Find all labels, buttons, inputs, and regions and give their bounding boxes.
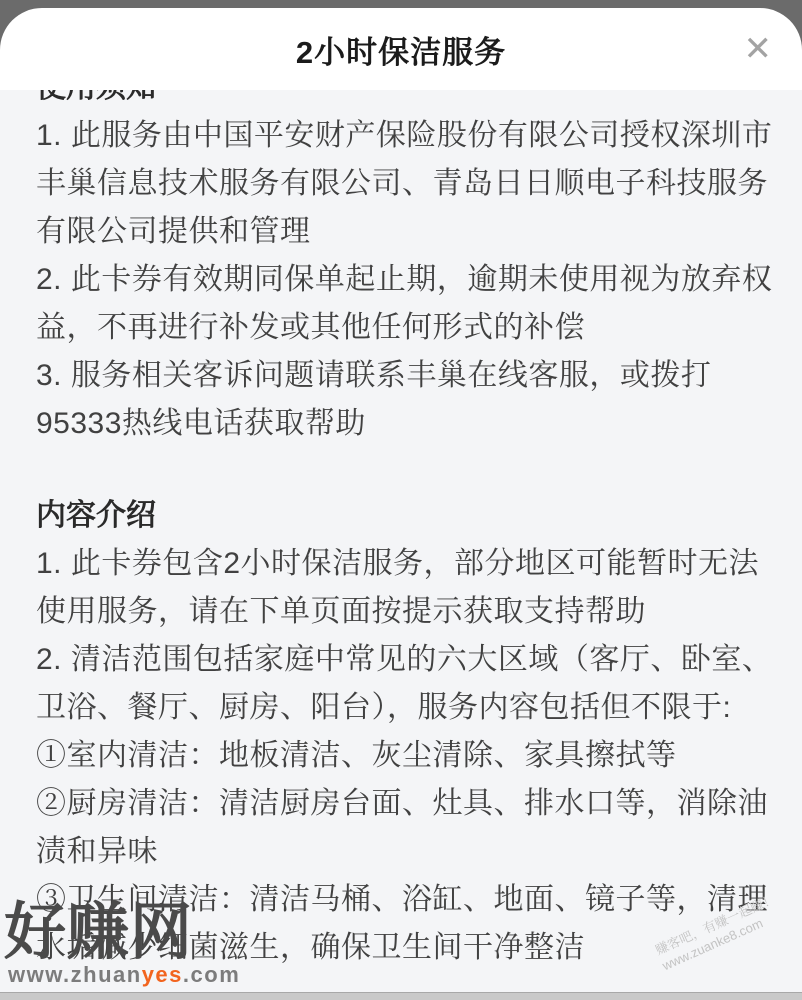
section-content-intro: 内容介绍 1. 此卡券包含2小时保洁服务，部分地区可能暂时无法 使用服务，请在下… bbox=[36, 492, 766, 972]
body-line: 渍和异味 bbox=[36, 828, 766, 876]
body-line: ②厨房清洁：清洁厨房台面、灶具、排水口等，消除油 bbox=[36, 780, 766, 828]
body-line: 1. 此服务由中国平安财产保险股份有限公司授权深圳市 bbox=[36, 112, 766, 160]
body-line: 使用服务，请在下单页面按提示获取支持帮助 bbox=[36, 588, 766, 636]
body-line: 95333热线电话获取帮助 bbox=[36, 400, 766, 448]
scrollable-content[interactable]: 使用须知 1. 此服务由中国平安财产保险股份有限公司授权深圳市 丰巢信息技术服务… bbox=[0, 90, 802, 1000]
body-line: 卫浴、餐厅、厨房、阳台），服务内容包括但不限于: bbox=[36, 684, 766, 732]
body-line: 丰巢信息技术服务有限公司、青岛日日顺电子科技服务 bbox=[36, 160, 766, 208]
coupon-detail-screen: { "sheet": { "header": { "title": "2小时保洁… bbox=[0, 0, 802, 1000]
bottom-edge-band bbox=[0, 992, 802, 1000]
section-heading: 使用须知 bbox=[36, 90, 766, 112]
section-heading: 内容介绍 bbox=[36, 492, 766, 540]
modal-header: 2小时保洁服务 ✕ bbox=[0, 8, 802, 90]
page-title: 2小时保洁服务 bbox=[296, 27, 506, 72]
body-line: 2. 此卡券有效期同保单起止期，逾期未使用视为放弃权 bbox=[36, 256, 766, 304]
body-line: 2. 清洁范围包括家庭中常见的六大区域（客厅、卧室、 bbox=[36, 636, 766, 684]
body-line: ③卫生间清洁：清洁马桶、浴缸、地面、镜子等，清理 bbox=[36, 876, 766, 924]
close-icon[interactable]: ✕ bbox=[744, 32, 773, 66]
body-line: 3. 服务相关客诉问题请联系丰巢在线客服，或拨打 bbox=[36, 352, 766, 400]
body-line: 水垢减少细菌滋生，确保卫生间干净整洁 bbox=[36, 924, 766, 972]
body-line: 益，不再进行补发或其他任何形式的补偿 bbox=[36, 304, 766, 352]
body-line: 1. 此卡券包含2小时保洁服务，部分地区可能暂时无法 bbox=[36, 540, 766, 588]
section-usage-notice: 使用须知 1. 此服务由中国平安财产保险股份有限公司授权深圳市 丰巢信息技术服务… bbox=[36, 90, 766, 448]
body-line: ①室内清洁：地板清洁、灰尘清除、家具擦拭等 bbox=[36, 732, 766, 780]
bottom-sheet-modal: 2小时保洁服务 ✕ 使用须知 1. 此服务由中国平安财产保险股份有限公司授权深圳… bbox=[0, 8, 802, 1000]
body-line: 有限公司提供和管理 bbox=[36, 208, 766, 256]
